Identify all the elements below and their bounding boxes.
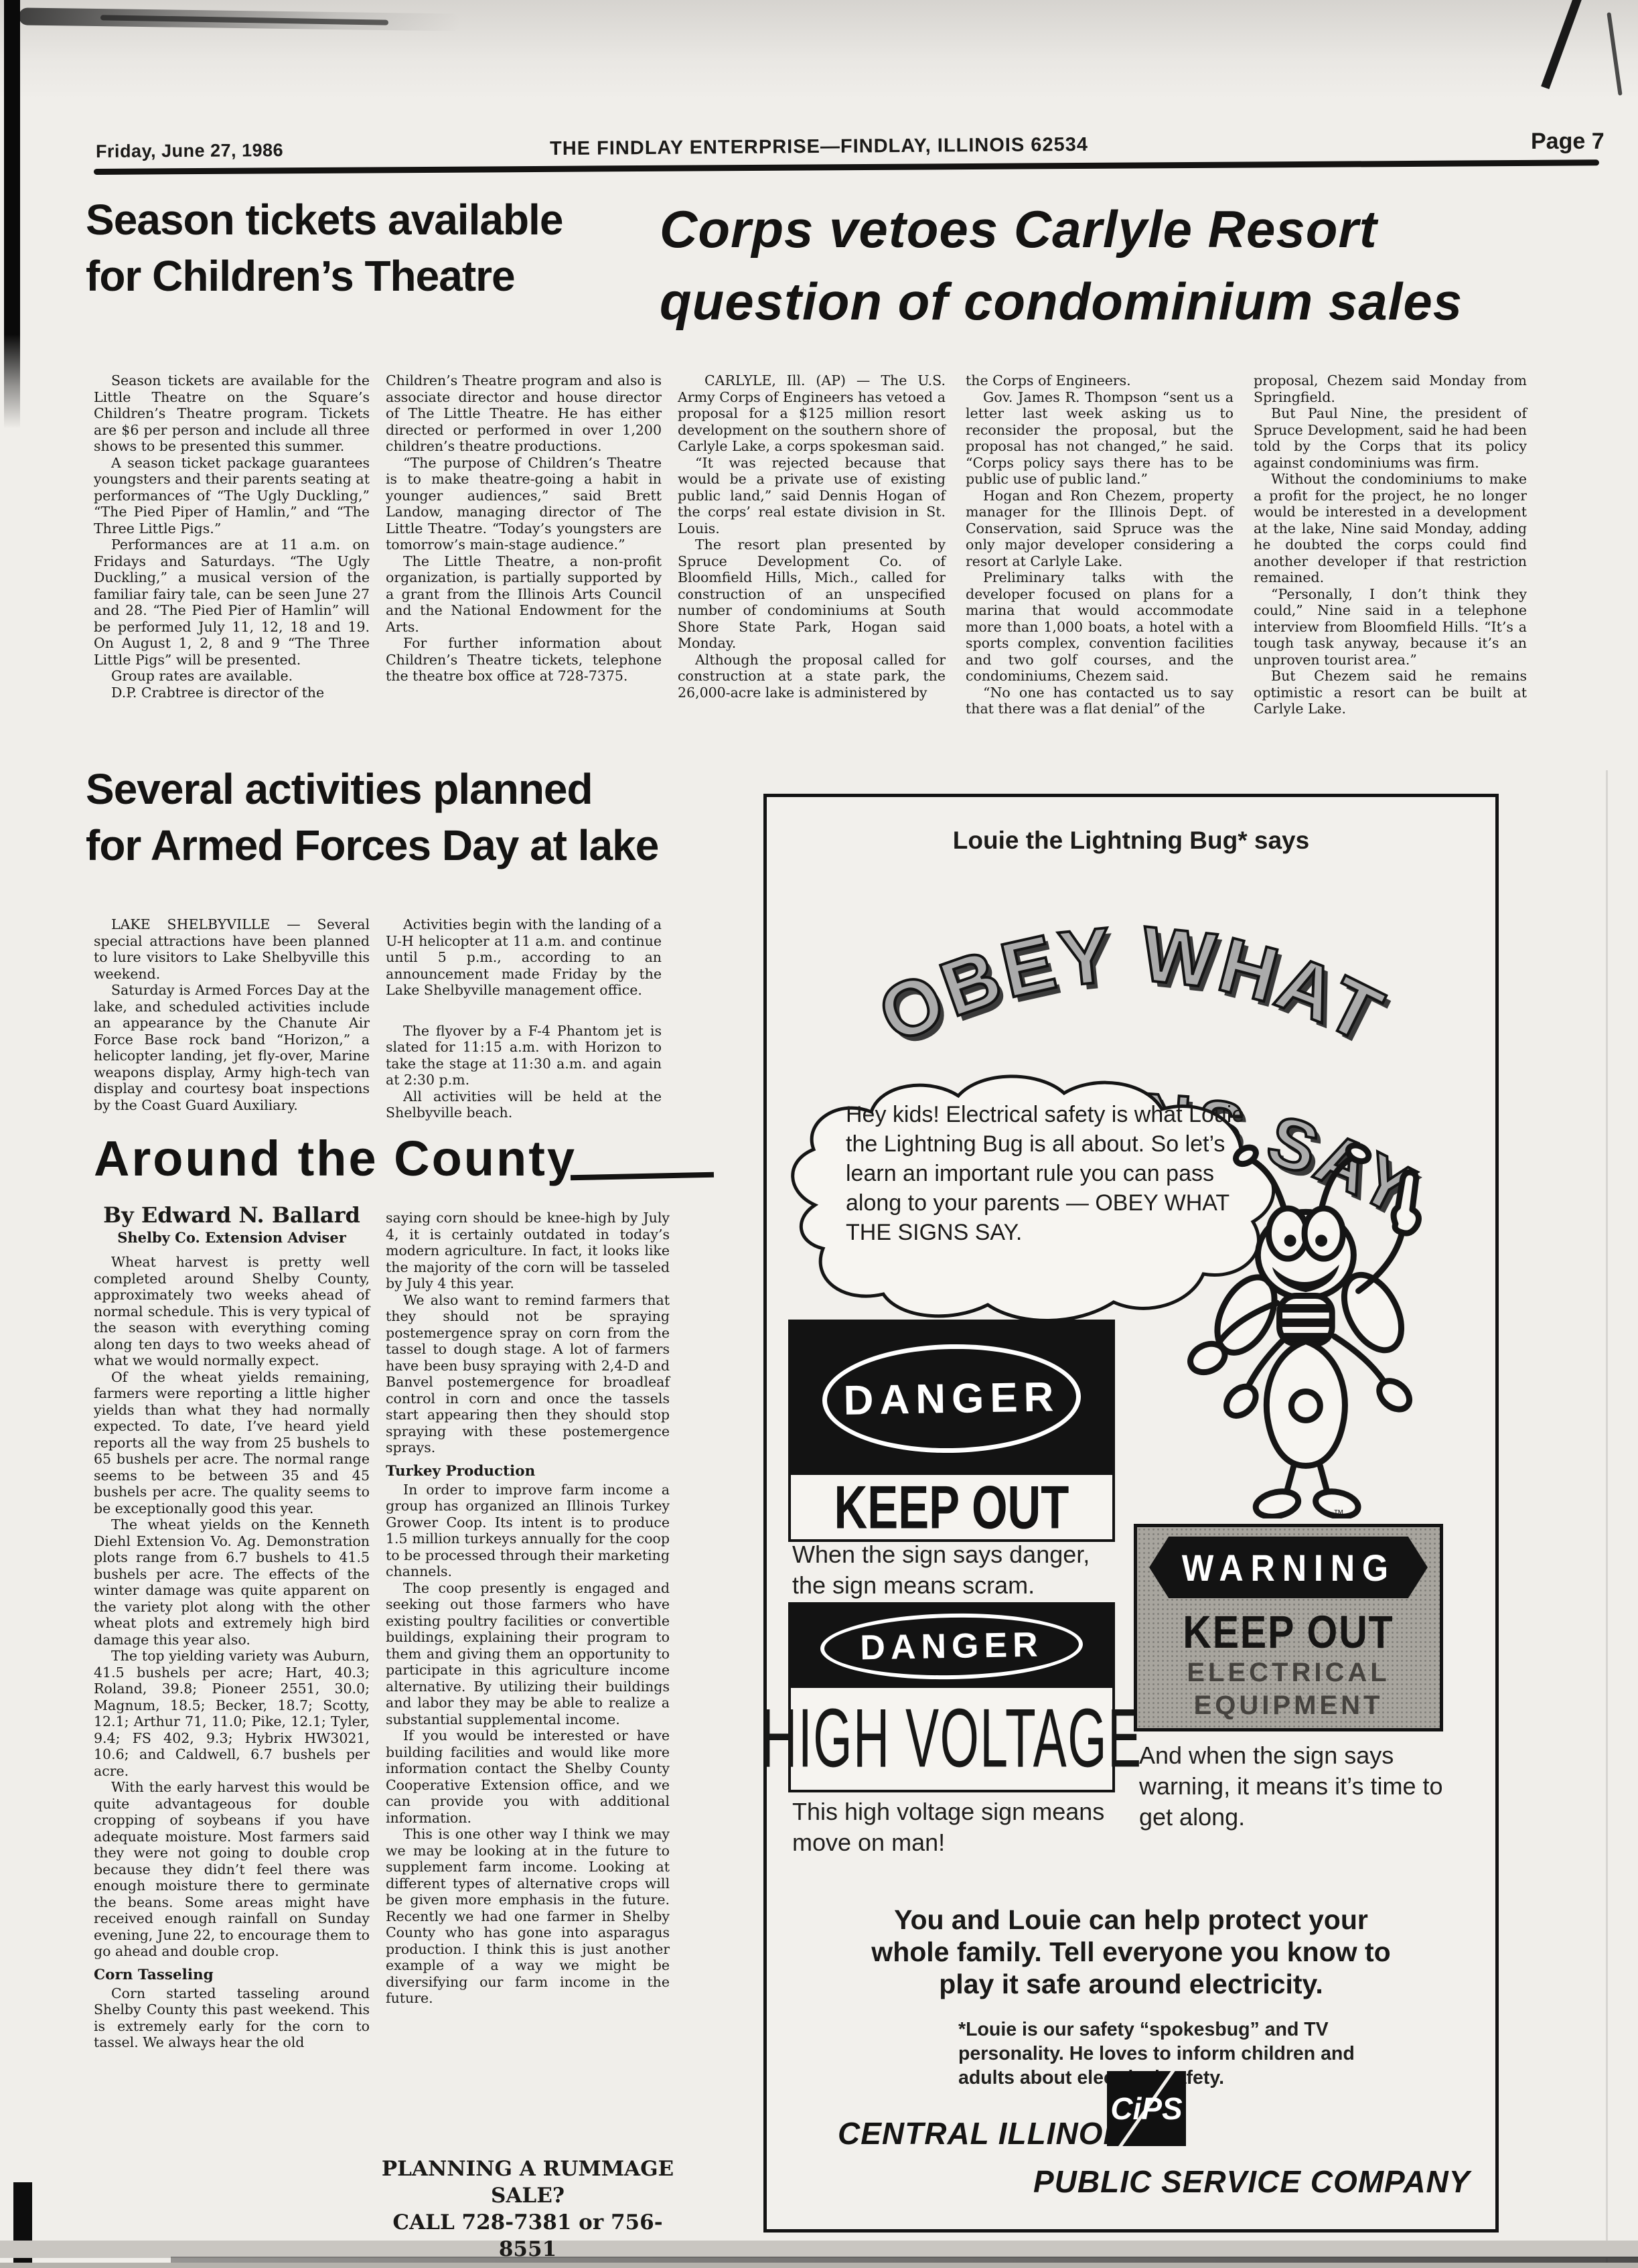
subhead-turkey-production: Turkey Production <box>386 1463 670 1480</box>
rummage-line: PLANNING A RUMMAGE SALE? <box>380 2155 675 2209</box>
season-tickets-column-1: Season tickets are available for the Lit… <box>94 372 370 701</box>
rummage-line: CALL 728-7381 or 756-8551 <box>380 2209 675 2263</box>
danger-keep-out-sign: DANGER KEEP OUT <box>788 1320 1115 1542</box>
high-voltage-caption: This high voltage sign means move on man… <box>792 1796 1107 1858</box>
paragraph: A season ticket package guarantees young… <box>94 455 370 537</box>
armed-forces-column-1: LAKE SHELBYVILLE — Several special attra… <box>94 916 370 1113</box>
paragraph: “No one has contacted us to say that the… <box>966 685 1234 717</box>
louie-the-lightning-bug-illustration <box>1163 1135 1458 1518</box>
scan-left-edge-bar <box>4 0 20 429</box>
headline-line: Several activities planned <box>86 768 658 810</box>
header-rule <box>94 159 1599 175</box>
rummage-sale-notice: PLANNING A RUMMAGE SALE? CALL 728-7381 o… <box>380 2155 675 2263</box>
paragraph: The wheat yields on the Kenneth Diehl Ex… <box>94 1516 370 1648</box>
corps-column-2: the Corps of Engineers. Gov. James R. Th… <box>966 372 1234 717</box>
newspaper-page: Friday, June 27, 1986 THE FINDLAY ENTERP… <box>0 0 1638 2268</box>
paragraph: The flyover by a F-4 Phantom jet is slat… <box>386 1023 662 1088</box>
headline-season-tickets: Season tickets available for Children’s … <box>86 198 563 297</box>
paragraph: “It was rejected because that would be a… <box>678 455 946 537</box>
paragraph: The coop presently is engaged and seekin… <box>386 1580 670 1728</box>
paragraph: CARLYLE, Ill. (AP) — The U.S. Army Corps… <box>678 372 946 455</box>
warning-electrical-word: ELECTRICAL <box>1187 1658 1390 1688</box>
company-name-line-2: PUBLIC SERVICE COMPANY <box>1033 2164 1470 2200</box>
paragraph: But Paul Nine, the president of Spruce D… <box>1254 405 1527 471</box>
paragraph: Although the proposal called for constru… <box>678 652 946 701</box>
headline-line: question of condominium sales <box>660 275 1463 328</box>
headline-corps-vetoes: Corps vetoes Carlyle Resort question of … <box>660 203 1463 328</box>
warning-caption: And when the sign says warning, it means… <box>1139 1740 1447 1833</box>
paragraph: LAKE SHELBYVILLE — Several special attra… <box>94 916 370 982</box>
paragraph: We also want to remind farmers that they… <box>386 1292 670 1456</box>
paragraph: Saturday is Armed Forces Day at the lake… <box>94 982 370 1113</box>
paragraph: saying corn should be knee-high by July … <box>386 1210 670 1292</box>
ad-kicker: Louie the Lightning Bug* says <box>767 827 1495 855</box>
cips-safety-advertisement: Louie the Lightning Bug* says OBEY WHAT … <box>763 794 1499 2232</box>
paragraph: Wheat harvest is pretty well completed a… <box>94 1254 370 1369</box>
danger-caption: When the sign says danger, the sign mean… <box>792 1539 1114 1601</box>
headline-underline <box>571 1172 714 1180</box>
header-date: Friday, June 27, 1986 <box>96 140 283 162</box>
paragraph: “Personally, I don’t think they could,” … <box>1254 586 1527 668</box>
around-county-column-1: Wheat harvest is pretty well completed a… <box>94 1254 370 2051</box>
trademark-symbol: ™ <box>1333 1508 1344 1520</box>
headline-line: for Children’s Theatre <box>86 255 563 297</box>
warning-equipment-word: EQUIPMENT <box>1194 1691 1384 1721</box>
paragraph: Children’s Theatre program and also is a… <box>386 372 662 455</box>
paragraph: Hogan and Ron Chezem, property manager f… <box>966 488 1234 570</box>
paragraph: Performances are at 11 a.m. on Fridays a… <box>94 537 370 668</box>
armed-forces-column-2: Activities begin with the landing of a U… <box>386 916 662 1121</box>
warning-keep-out-sign: WARNING KEEP OUT ELECTRICAL EQUIPMENT <box>1134 1524 1443 1731</box>
paragraph: But Chezem said he remains optimistic a … <box>1254 668 1527 717</box>
company-name-line-1: CENTRAL ILLINOIS <box>838 2115 1134 2151</box>
corps-column-1: CARLYLE, Ill. (AP) — The U.S. Army Corps… <box>678 372 946 701</box>
around-county-column-2: saying corn should be knee-high by July … <box>386 1210 670 2007</box>
paragraph: For further information about Children’s… <box>386 635 662 685</box>
corps-column-3: proposal, Chezem said Monday from Spring… <box>1254 372 1527 717</box>
paragraph: The top yielding variety was Auburn, 41.… <box>94 1648 370 1779</box>
ad-closing-text: You and Louie can help protect your whol… <box>857 1904 1406 2000</box>
headline-line: for Armed Forces Day at lake <box>86 824 658 867</box>
warning-keep-out-word: KEEP OUT <box>1183 1606 1394 1658</box>
byline: By Edward N. Ballard <box>94 1204 370 1226</box>
paragraph: In order to improve farm income a group … <box>386 1482 670 1580</box>
paragraph: Activities begin with the landing of a U… <box>386 916 662 999</box>
paragraph: Without the condominiums to make a profi… <box>1254 471 1527 586</box>
paragraph: The resort plan presented by Spruce Deve… <box>678 537 946 652</box>
paragraph: If you would be interested or have build… <box>386 1727 670 1826</box>
paragraph: This is one other way I think we may we … <box>386 1826 670 2007</box>
paragraph: Season tickets are available for the Lit… <box>94 372 370 455</box>
paragraph: “The purpose of Children’s Theatre is to… <box>386 455 662 553</box>
headline-around-county: Around the County <box>94 1134 577 1184</box>
paragraph: the Corps of Engineers. <box>966 372 1234 389</box>
page-number: Page 7 <box>1531 129 1605 155</box>
warning-sign-word: WARNING <box>1181 1546 1395 1589</box>
paragraph: Preliminary talks with the developer foc… <box>966 569 1234 685</box>
subhead-corn-tasseling: Corn Tasseling <box>94 1967 370 1984</box>
paragraph: D.P. Crabtree is director of the <box>94 685 370 701</box>
danger-sign-word: DANGER <box>820 1612 1084 1682</box>
high-voltage-sign-word: HIGH VOLTAGE <box>761 1691 1142 1787</box>
scan-bottom-band <box>0 2241 1638 2258</box>
keep-out-sign-word: KEEP OUT <box>834 1472 1069 1543</box>
danger-sign-word: DANGER <box>822 1342 1082 1456</box>
headline-armed-forces: Several activities planned for Armed For… <box>86 768 658 867</box>
scan-bottom-line <box>0 2263 1638 2268</box>
paragraph: Of the wheat yields remaining, farmers w… <box>94 1369 370 1517</box>
svg-text:OBEY WHAT: OBEY WHAT <box>866 910 1398 1060</box>
cips-logo-text: CiPS <box>1110 2090 1182 2127</box>
byline-title: Shelby Co. Extension Adviser <box>94 1230 370 1246</box>
season-tickets-column-2: Children’s Theatre program and also is a… <box>386 372 662 685</box>
paragraph: Gov. James R. Thompson “sent us a letter… <box>966 389 1234 488</box>
paragraph: The Little Theatre, a non-profit organiz… <box>386 553 662 636</box>
scan-fold-line <box>1606 770 1608 2264</box>
paragraph: proposal, Chezem said Monday from Spring… <box>1254 372 1527 405</box>
headline-line: Season tickets available <box>86 198 563 241</box>
paragraph: Group rates are available. <box>94 668 370 685</box>
paragraph: Corn started tasseling around Shelby Cou… <box>94 1985 370 2051</box>
danger-high-voltage-sign: DANGER HIGH VOLTAGE <box>788 1602 1115 1792</box>
headline-line: Corps vetoes Carlyle Resort <box>660 203 1463 255</box>
cips-logo: CiPS <box>1107 2071 1186 2146</box>
masthead: THE FINDLAY ENTERPRISE—FINDLAY, ILLINOIS… <box>550 134 1088 160</box>
paragraph: With the early harvest this would be qui… <box>94 1779 370 1960</box>
paragraph: All activities will be held at the Shelb… <box>386 1088 662 1121</box>
arch-line-1: OBEY WHAT <box>866 910 1398 1060</box>
